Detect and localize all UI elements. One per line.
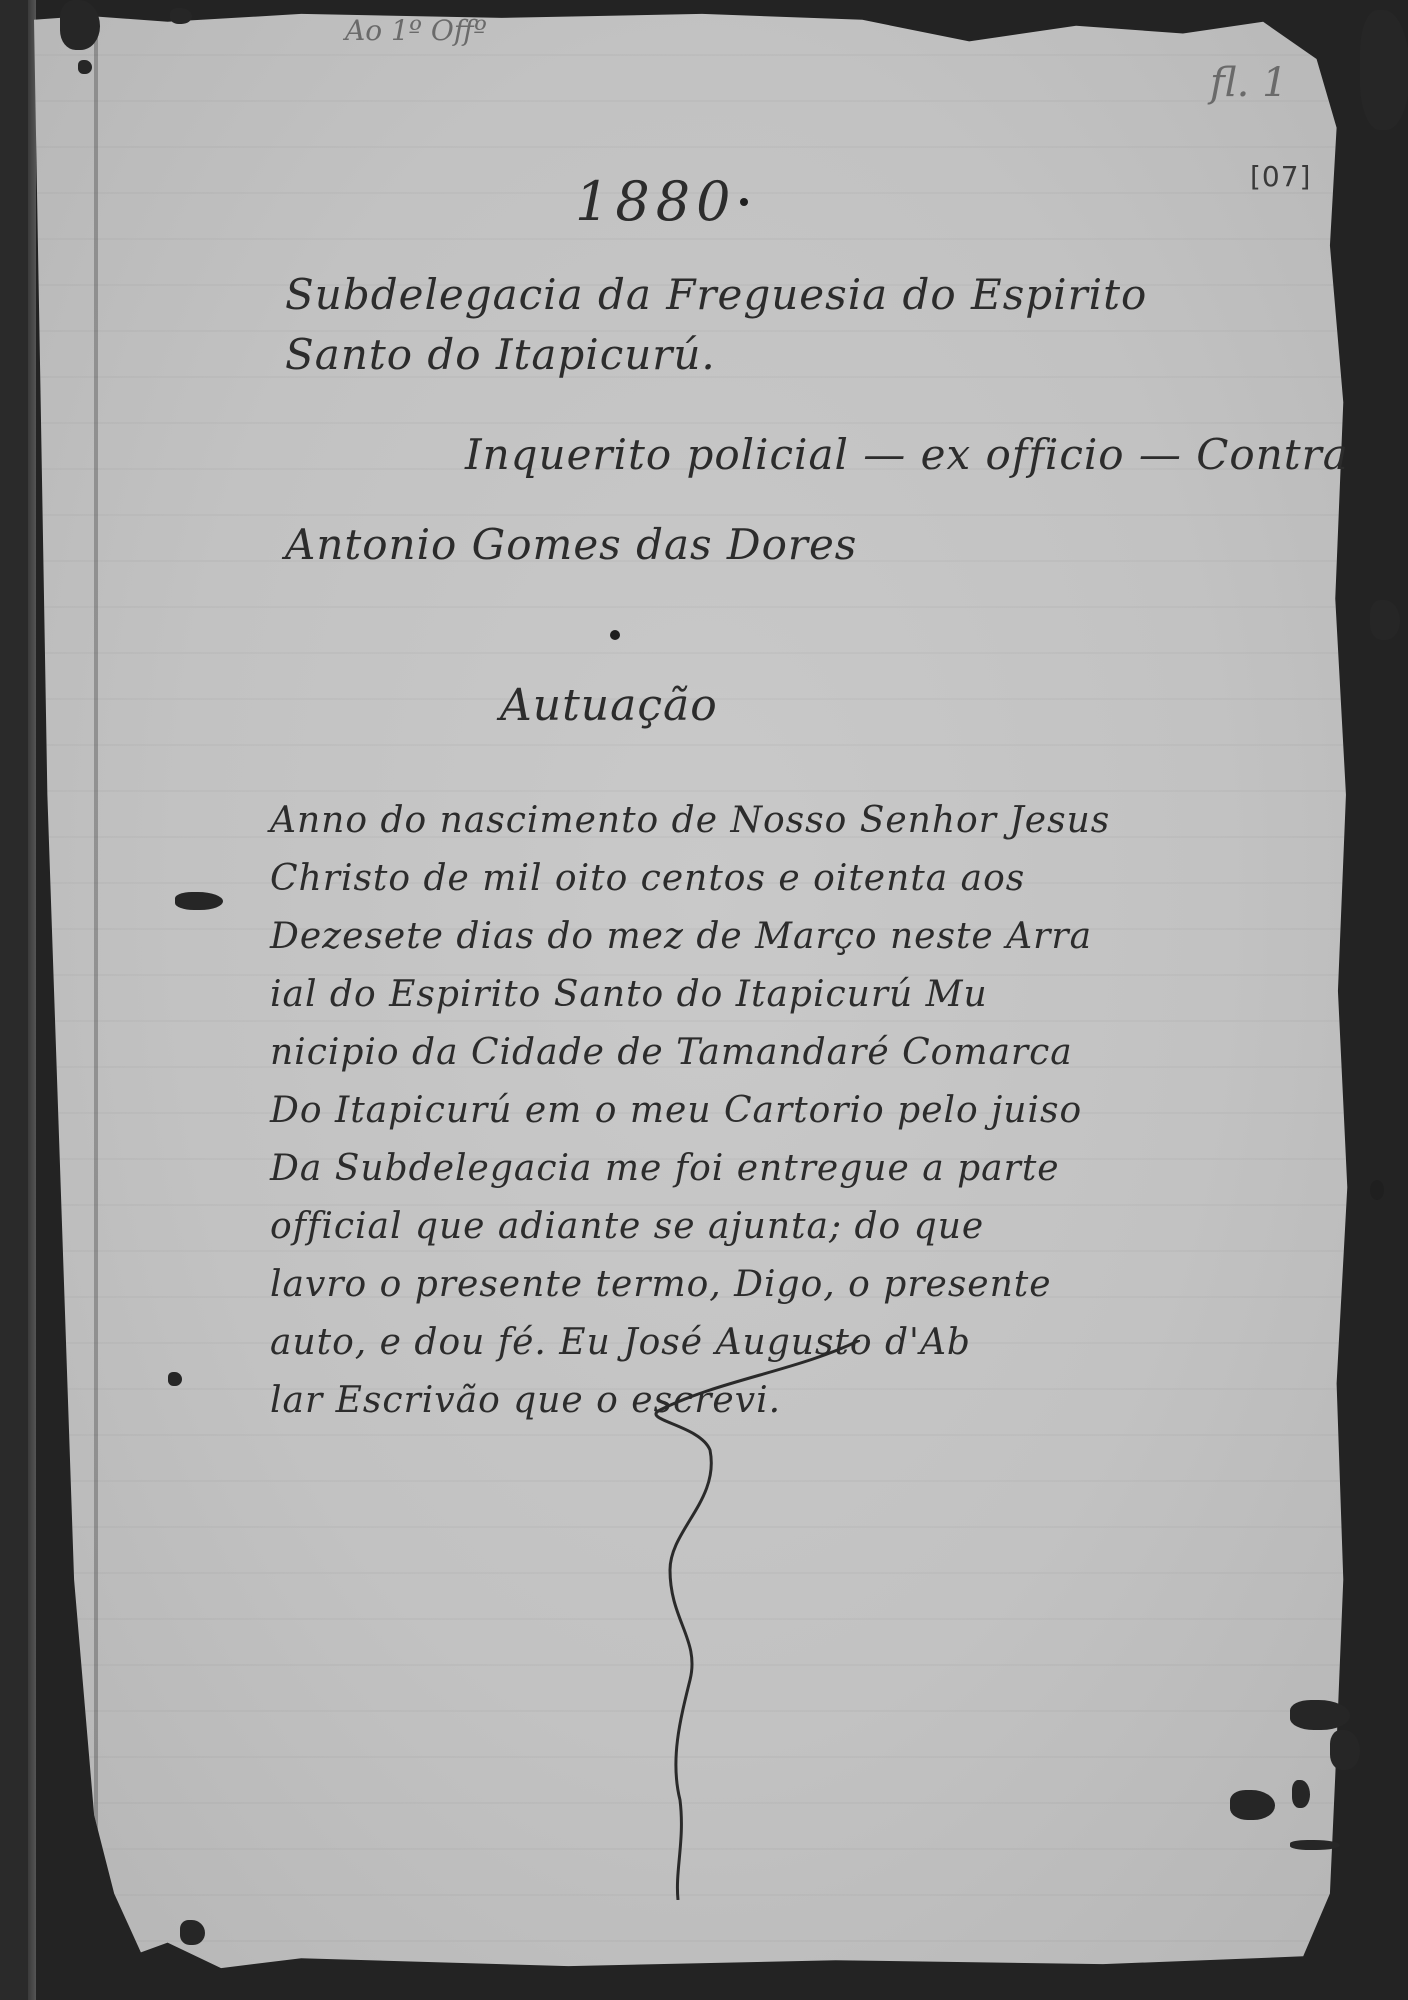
damage-stain — [1230, 1790, 1275, 1820]
subtitle-line-1: Inquerito policial — ex officio — Contra — [465, 430, 1349, 479]
damage-stain — [1360, 10, 1408, 130]
body-line: Do Itapicurú em o meu Cartorio pelo juis… — [270, 1090, 1082, 1131]
damage-stain — [168, 1372, 182, 1386]
page-gutter-line — [94, 10, 98, 1972]
damage-stain — [1370, 600, 1400, 640]
ink-dot — [1370, 1180, 1384, 1200]
pencil-annotation: Ao 1º Offº — [345, 14, 487, 47]
body-line: Christo de mil oito centos e oitenta aos — [270, 858, 1025, 899]
damage-stain — [1330, 1730, 1360, 1770]
body-line: lavro o presente termo, Digo, o presente — [270, 1264, 1052, 1305]
damage-stain — [1290, 1700, 1350, 1730]
body-line: ial do Espirito Santo do Itapicurú Mu — [270, 974, 988, 1015]
damage-stain — [1292, 1780, 1310, 1808]
title-line-1: Subdelegacia da Freguesia do Espirito — [285, 270, 1147, 319]
ink-dot — [610, 630, 620, 640]
section-heading: Autuação — [500, 680, 718, 731]
folio-mark: fl. 1 — [1210, 60, 1288, 106]
binding-fold — [28, 0, 36, 2000]
damage-stain — [60, 0, 100, 50]
body-line: Anno do nascimento de Nosso Senhor Jesus — [270, 800, 1110, 841]
body-line: official que adiante se ajunta; do que — [270, 1206, 984, 1247]
damage-stain — [78, 60, 92, 74]
binding-strip — [0, 0, 28, 2000]
signature-flourish-icon — [560, 1340, 860, 1900]
body-line: nicipio da Cidade de Tamandaré Comarca — [270, 1032, 1073, 1073]
ink-dot — [740, 198, 748, 206]
body-line: Dezesete dias do mez de Março neste Arra — [270, 916, 1092, 957]
damage-stain — [180, 1920, 205, 1945]
document-year: 1880 — [575, 170, 736, 233]
damage-stain — [1290, 1840, 1340, 1850]
body-line: Da Subdelegacia me foi entregue a parte — [270, 1148, 1060, 1189]
title-line-2: Santo do Itapicurú. — [285, 330, 716, 379]
damage-stain — [170, 8, 192, 24]
subtitle-line-2: Antonio Gomes das Dores — [285, 520, 857, 569]
archive-number: [07] — [1250, 160, 1311, 193]
damage-stain — [175, 892, 223, 910]
scanned-document: Ao 1º Offº fl. 1 [07] 1880 Subdelegacia … — [0, 0, 1408, 2000]
